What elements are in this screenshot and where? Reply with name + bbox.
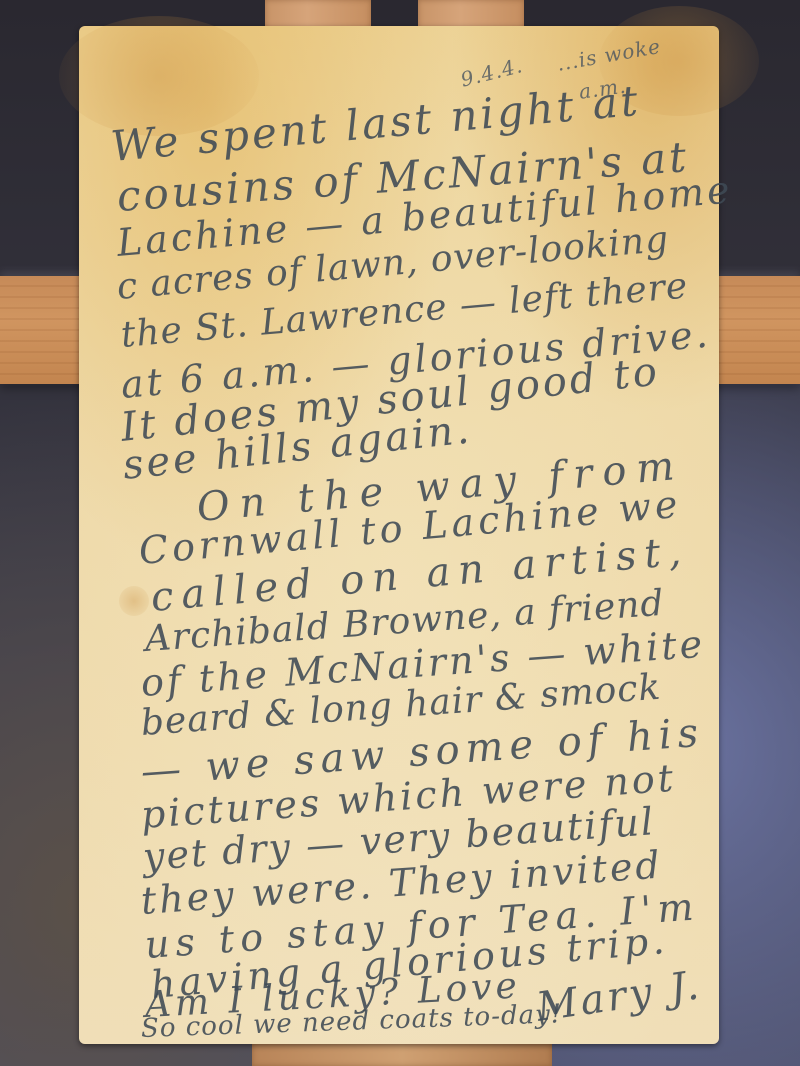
header-date: 9.4.4. [459,55,525,90]
paper-stain [119,586,149,616]
postcard: 9.4.4. ...is woke a.m. We spent last nig… [79,26,719,1044]
